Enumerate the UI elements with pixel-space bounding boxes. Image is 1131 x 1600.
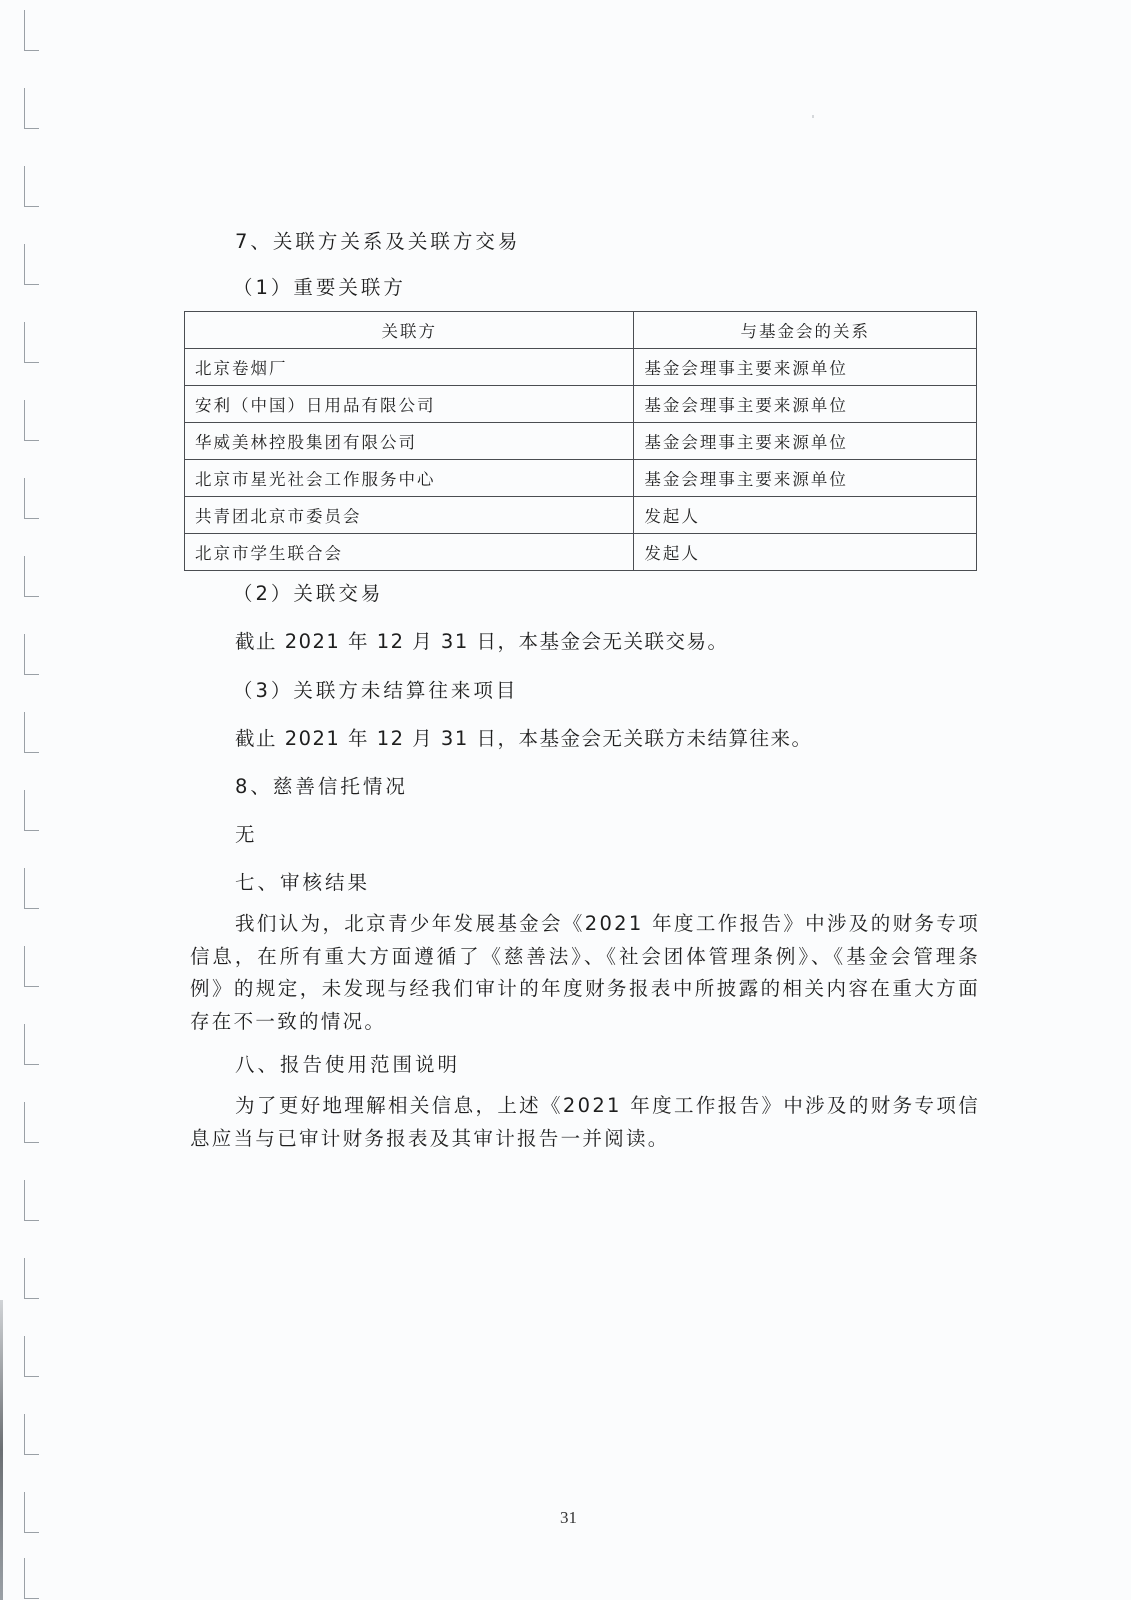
column-header-relation: 与基金会的关系 bbox=[634, 312, 977, 349]
subsection-3-body: 截止 2021 年 12 月 31 日，本基金会无关联方未结算往来。 bbox=[235, 729, 812, 749]
section-8-heading: 8、慈善信托情况 bbox=[235, 777, 408, 797]
party-cell: 北京市学生联合会 bbox=[185, 534, 634, 571]
party-cell: 华威美林控股集团有限公司 bbox=[185, 423, 634, 460]
table-row: 北京市星光社会工作服务中心 基金会理事主要来源单位 bbox=[185, 460, 977, 497]
table-row: 安利（中国）日用品有限公司 基金会理事主要来源单位 bbox=[185, 386, 977, 423]
scan-speck bbox=[812, 115, 814, 118]
table-row: 共青团北京市委员会 发起人 bbox=[185, 497, 977, 534]
table-row: 华威美林控股集团有限公司 基金会理事主要来源单位 bbox=[185, 423, 977, 460]
table-row: 北京卷烟厂 基金会理事主要来源单位 bbox=[185, 349, 977, 386]
relation-cell: 发起人 bbox=[634, 534, 977, 571]
relation-cell: 基金会理事主要来源单位 bbox=[634, 386, 977, 423]
document-page: 7、关联方关系及关联方交易 （1）重要关联方 关联方 与基金会的关系 北京卷烟厂… bbox=[0, 0, 1131, 1600]
party-cell: 北京市星光社会工作服务中心 bbox=[185, 460, 634, 497]
party-cell: 安利（中国）日用品有限公司 bbox=[185, 386, 634, 423]
subsection-2-heading: （2）关联交易 bbox=[233, 584, 383, 604]
table-row: 北京市学生联合会 发起人 bbox=[185, 534, 977, 571]
section-8-body: 无 bbox=[235, 825, 258, 845]
relation-cell: 基金会理事主要来源单位 bbox=[634, 423, 977, 460]
subsection-1-heading: （1）重要关联方 bbox=[233, 278, 406, 298]
table-header-row: 关联方 与基金会的关系 bbox=[185, 312, 977, 349]
chapter-7-heading: 七、审核结果 bbox=[235, 873, 370, 893]
subsection-2-body: 截止 2021 年 12 月 31 日，本基金会无关联交易。 bbox=[235, 632, 728, 652]
page-number: 31 bbox=[560, 1508, 577, 1528]
section-7-heading: 7、关联方关系及关联方交易 bbox=[235, 232, 520, 252]
relation-cell: 基金会理事主要来源单位 bbox=[634, 460, 977, 497]
subsection-3-heading: （3）关联方未结算往来项目 bbox=[233, 681, 518, 701]
chapter-7-body: 我们认为，北京青少年发展基金会《2021 年度工作报告》中涉及的财务专项信息，在… bbox=[190, 908, 980, 1038]
column-header-party: 关联方 bbox=[185, 312, 634, 349]
relation-cell: 基金会理事主要来源单位 bbox=[634, 349, 977, 386]
chapter-8-heading: 八、报告使用范围说明 bbox=[235, 1055, 460, 1075]
relation-cell: 发起人 bbox=[634, 497, 977, 534]
party-cell: 北京卷烟厂 bbox=[185, 349, 634, 386]
party-cell: 共青团北京市委员会 bbox=[185, 497, 634, 534]
chapter-8-body: 为了更好地理解相关信息，上述《2021 年度工作报告》中涉及的财务专项信息应当与… bbox=[190, 1090, 980, 1155]
related-parties-table: 关联方 与基金会的关系 北京卷烟厂 基金会理事主要来源单位 安利（中国）日用品有… bbox=[184, 311, 977, 571]
